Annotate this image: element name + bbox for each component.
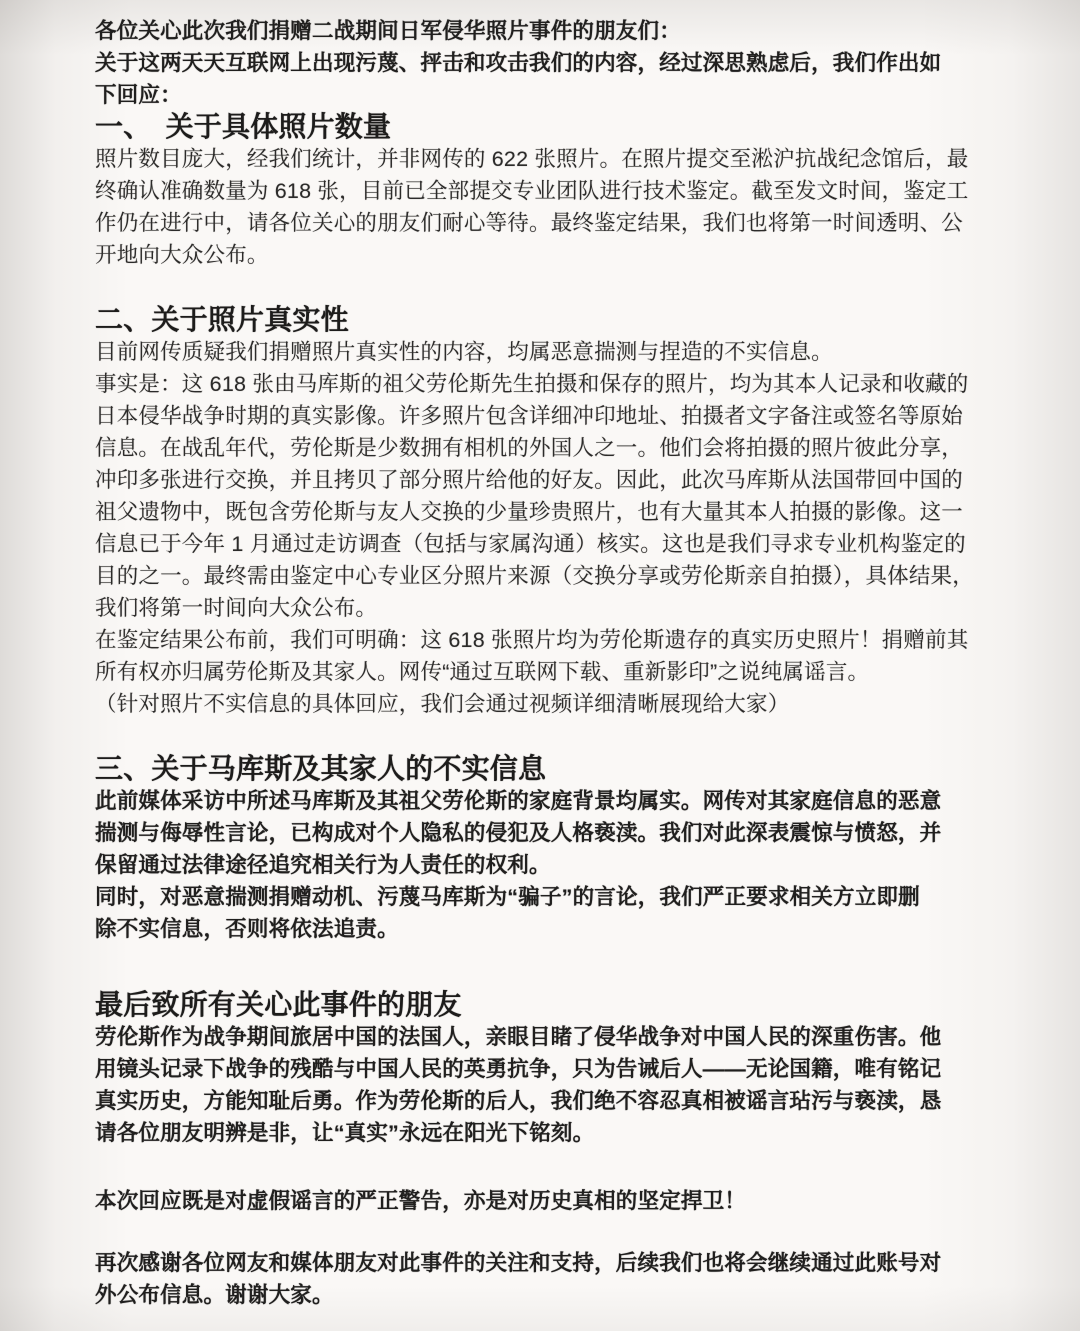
text-line: 祖父遗物中，既包含劳伦斯与友人交换的少量珍贵照片，也有大量其本人拍摄的影像。这一	[95, 496, 1005, 528]
closing-heading: 最后致所有关心此事件的朋友	[95, 989, 1005, 1021]
text-line: 日本侵华战争时期的真实影像。许多照片包含详细冲印地址、拍摄者文字备注或签名等原始	[95, 400, 1005, 432]
section-2-body: 目前网传质疑我们捐赠照片真实性的内容，均属恶意揣测与捏造的不实信息。事实是：这 …	[95, 336, 1005, 720]
text-line: 外公布信息。谢谢大家。	[95, 1279, 1005, 1311]
text-line: 同时，对恶意揣测捐赠动机、污蔑马库斯为“骗子”的言论，我们严正要求相关方立即删	[95, 881, 1005, 913]
text-line: 真实历史，方能知耻后勇。作为劳伦斯的后人，我们绝不容忍真相被谣言玷污与亵渎，恳	[95, 1085, 1005, 1117]
section-1-body: 照片数目庞大，经我们统计，并非网传的 622 张照片。在照片提交至淞沪抗战纪念馆…	[95, 143, 1005, 271]
heading-line: 三、关于马库斯及其家人的不实信息	[95, 753, 1005, 785]
text-line: 在鉴定结果公布前，我们可明确：这 618 张照片均为劳伦斯遗存的真实历史照片！捐…	[95, 624, 1005, 656]
text-line: 除不实信息，否则将依法追责。	[95, 913, 1005, 945]
text-line: 信息。在战乱年代，劳伦斯是少数拥有相机的外国人之一。他们会将拍摄的照片彼此分享，	[95, 432, 1005, 464]
section-3-heading: 三、关于马库斯及其家人的不实信息	[95, 753, 1005, 785]
statement-paragraph: 本次回应既是对虚假谣言的严正警告，亦是对历史真相的坚定捍卫！	[95, 1185, 1005, 1217]
text-line: 关于这两天天互联网上出现污蔑、抨击和攻击我们的内容，经过深思熟虑后，我们作出如	[95, 47, 1005, 79]
text-line: 目的之一。最终需由鉴定中心专业区分照片来源（交换分享或劳伦斯亲自拍摄），具体结果…	[95, 560, 1005, 592]
text-line: 信息已于今年 1 月通过走访调查（包括与家属沟通）核实。这也是我们寻求专业机构鉴…	[95, 528, 1005, 560]
heading-line: 最后致所有关心此事件的朋友	[95, 989, 1005, 1021]
text-line: 揣测与侮辱性言论，已构成对个人隐私的侵犯及人格亵渎。我们对此深表震惊与愤怒，并	[95, 817, 1005, 849]
text-line: 再次感谢各位网友和媒体朋友对此事件的关注和支持，后续我们也将会继续通过此账号对	[95, 1247, 1005, 1279]
text-line: 目前网传质疑我们捐赠照片真实性的内容，均属恶意揣测与捏造的不实信息。	[95, 336, 1005, 368]
text-line: 终确认准确数量为 618 张，目前已全部提交专业团队进行技术鉴定。截至发文时间，…	[95, 175, 1005, 207]
text-line: 作仍在进行中，请各位关心的朋友们耐心等待。最终鉴定结果，我们也将第一时间透明、公	[95, 207, 1005, 239]
text-line: 用镜头记录下战争的残酷与中国人民的英勇抗争，只为告诫后人——无论国籍，唯有铭记	[95, 1053, 1005, 1085]
text-line: 本次回应既是对虚假谣言的严正警告，亦是对历史真相的坚定捍卫！	[95, 1185, 1005, 1217]
text-line: （针对照片不实信息的具体回应，我们会通过视频详细清晰展现给大家）	[95, 688, 1005, 720]
text-line: 劳伦斯作为战争期间旅居中国的法国人，亲眼目睹了侵华战争对中国人民的深重伤害。他	[95, 1021, 1005, 1053]
document-content: 各位关心此次我们捐赠二战期间日军侵华照片事件的朋友们：关于这两天天互联网上出现污…	[95, 15, 1005, 1311]
section-1-heading: 一、 关于具体照片数量	[95, 111, 1005, 143]
closing-body: 劳伦斯作为战争期间旅居中国的法国人，亲眼目睹了侵华战争对中国人民的深重伤害。他用…	[95, 1021, 1005, 1149]
intro-paragraph: 各位关心此次我们捐赠二战期间日军侵华照片事件的朋友们：关于这两天天互联网上出现污…	[95, 15, 1005, 111]
text-line: 此前媒体采访中所述马库斯及其祖父劳伦斯的家庭背景均属实。网传对其家庭信息的恶意	[95, 785, 1005, 817]
text-line: 下回应：	[95, 79, 1005, 111]
text-line: 照片数目庞大，经我们统计，并非网传的 622 张照片。在照片提交至淞沪抗战纪念馆…	[95, 143, 1005, 175]
text-line: 我们将第一时间向大众公布。	[95, 592, 1005, 624]
text-line: 开地向大众公布。	[95, 239, 1005, 271]
text-line: 请各位朋友明辨是非，让“真实”永远在阳光下铭刻。	[95, 1117, 1005, 1149]
heading-line: 二、关于照片真实性	[95, 304, 1005, 336]
text-line: 各位关心此次我们捐赠二战期间日军侵华照片事件的朋友们：	[95, 15, 1005, 47]
text-line: 冲印多张进行交换，并且拷贝了部分照片给他的好友。因此，此次马库斯从法国带回中国的	[95, 464, 1005, 496]
text-line: 事实是：这 618 张由马库斯的祖父劳伦斯先生拍摄和保存的照片，均为其本人记录和…	[95, 368, 1005, 400]
text-line: 所有权亦归属劳伦斯及其家人。网传“通过互联网下载、重新影印”之说纯属谣言。	[95, 656, 1005, 688]
section-3-body: 此前媒体采访中所述马库斯及其祖父劳伦斯的家庭背景均属实。网传对其家庭信息的恶意揣…	[95, 785, 1005, 945]
heading-line: 一、 关于具体照片数量	[95, 111, 1005, 143]
document-page: 各位关心此次我们捐赠二战期间日军侵华照片事件的朋友们：关于这两天天互联网上出现污…	[0, 0, 1080, 1331]
section-2-heading: 二、关于照片真实性	[95, 304, 1005, 336]
thanks-paragraph: 再次感谢各位网友和媒体朋友对此事件的关注和支持，后续我们也将会继续通过此账号对外…	[95, 1247, 1005, 1311]
text-line: 保留通过法律途径追究相关行为人责任的权利。	[95, 849, 1005, 881]
